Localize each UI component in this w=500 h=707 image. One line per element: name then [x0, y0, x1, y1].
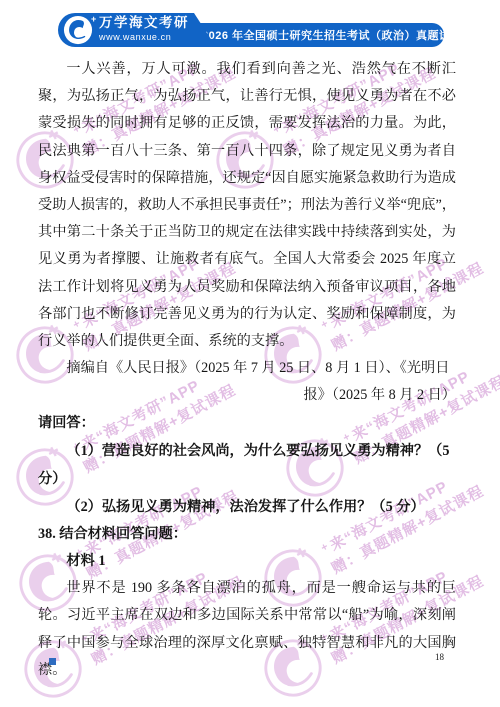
- source-attribution-line1: 摘编自《人民日报》（2025 年 7 月 25 日、8 月 1 日）、《光明日: [38, 355, 456, 382]
- exam-title: 2026 年全国硕士研究生招生考试（政治）真题试题: [202, 27, 462, 43]
- brand-text: 万学海文考研 www.wanxue.cn: [99, 16, 189, 42]
- footer-marker-square: [49, 658, 56, 665]
- material-paragraph: 一人兴善，万人可激。我们看到向善之光、浩然气在不断汇聚，为弘扬正气，为弘扬正气，…: [38, 56, 456, 355]
- brand-name: 万学海文考研: [99, 16, 189, 30]
- page-number: 18: [435, 652, 444, 662]
- question-1: （1）营造良好的社会风尚，为什么要弘扬见义勇为精神？（5 分）: [38, 437, 456, 493]
- source-attribution-line2: 报》（2025 年 8 月 2 日）: [38, 382, 456, 409]
- brand-bar: + 万学海文考研 www.wanxue.cn: [58, 13, 216, 47]
- question-38-heading: 38. 结合材料回答问题：: [38, 521, 456, 548]
- header-banner: 2026 年全国硕士研究生招生考试（政治）真题试题 + 万学海文考研 www.w…: [58, 13, 444, 47]
- sparkle-icon: +: [91, 14, 96, 24]
- material-1-label: 材料 1: [38, 548, 456, 575]
- exam-paper-page: +来“海文考研”APP 赠：真题精解+复试课程 +来“海文考研”APP 赠：真题…: [0, 0, 500, 707]
- document-body: 一人兴善，万人可激。我们看到向善之光、浩然气在不断汇聚，为弘扬正气，为弘扬正气，…: [0, 0, 500, 707]
- banner-title-bar: 2026 年全国硕士研究生招生考试（政治）真题试题: [178, 23, 444, 47]
- brand-site-url: www.wanxue.cn: [99, 33, 189, 42]
- question-2: （2）弘扬见义勇为精神，法治发挥了什么作用？（5 分）: [38, 493, 456, 521]
- material-1-paragraph: 世界不是 190 多条各自漂泊的孤舟，而是一艘命运与共的巨轮。习近平主席在双边和…: [38, 575, 456, 684]
- ask-label: 请回答：: [38, 410, 456, 437]
- wanxue-logo-icon: [63, 15, 93, 45]
